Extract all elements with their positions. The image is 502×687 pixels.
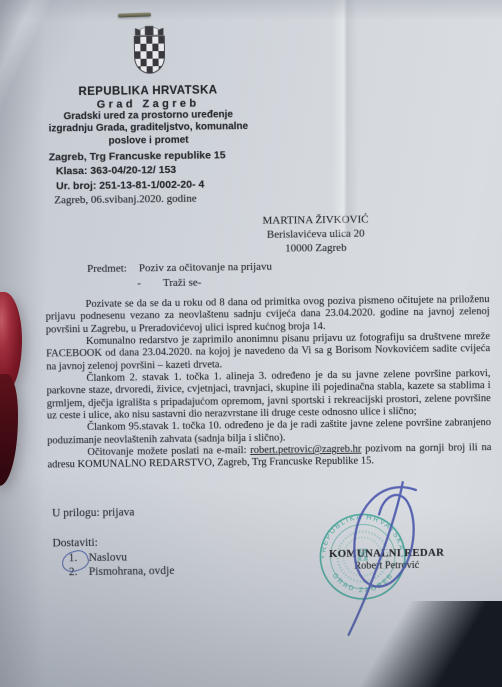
subject-label: Predmet:	[87, 262, 127, 274]
contact-email: robert.petrovic@zagreb.hr	[250, 444, 361, 456]
distribution-item-1-text: Naslovu	[89, 551, 127, 563]
croatia-coat-of-arms-icon	[132, 23, 167, 75]
subject-block: Predmet: Poziv za očitovanje na prijavu …	[87, 261, 272, 290]
thumb-with-red-nail	[0, 292, 25, 488]
paragraph-5-text: Očitovanje možete poslati na e-mail:	[87, 445, 250, 458]
subject-subtitle: Traži se-	[163, 277, 202, 289]
subject-dash: -	[137, 277, 141, 289]
finger-shadow	[0, 374, 18, 486]
letterhead: REPUBLIKA HRVATSKA Grad Zagreb Gradski u…	[33, 84, 264, 208]
body-paragraph-1: Pozivate se da se da u roku od 8 dana od…	[45, 294, 489, 336]
date-line: Zagreb, 06.svibanj.2020. godine	[34, 191, 264, 208]
recipient-city: 10000 Zagreb	[251, 241, 381, 256]
document-photo: REPUBLIKA HRVATSKA Grad Zagreb Gradski u…	[0, 0, 502, 687]
distribution-label: Dostaviti:	[52, 535, 174, 551]
body-paragraph-3: Člankom 2. stavak 1. točka 1. alineja 3.…	[46, 368, 491, 423]
body-paragraph-5: Očitovanje možete poslati na e-mail: rob…	[47, 442, 491, 472]
letter-page: REPUBLIKA HRVATSKA Grad Zagreb Gradski u…	[0, 0, 502, 687]
body-paragraph-2: Komunalno redarstvo je zaprimilo anonimn…	[46, 331, 490, 373]
letter-body: Pozivate se da se da u roku od 8 dana od…	[45, 294, 491, 472]
attachment-note: U prilogu: prijava	[52, 506, 135, 519]
recipient-street: Berislavićeva ulica 20	[251, 227, 381, 242]
distribution-list: Dostaviti: 1.Naslovu 2.Pismohrana, ovdje	[52, 535, 174, 580]
recipient-name: MARTINA ŽIVKOVIĆ	[250, 213, 380, 228]
subject-title: Poziv za očitovanje na prijavu	[139, 261, 272, 275]
recipient-block: MARTINA ŽIVKOVIĆ Berislavićeva ulica 20 …	[250, 213, 380, 256]
table-background-corner	[322, 601, 502, 687]
distribution-item-2-text: Pismohrana, ovdje	[89, 565, 175, 578]
